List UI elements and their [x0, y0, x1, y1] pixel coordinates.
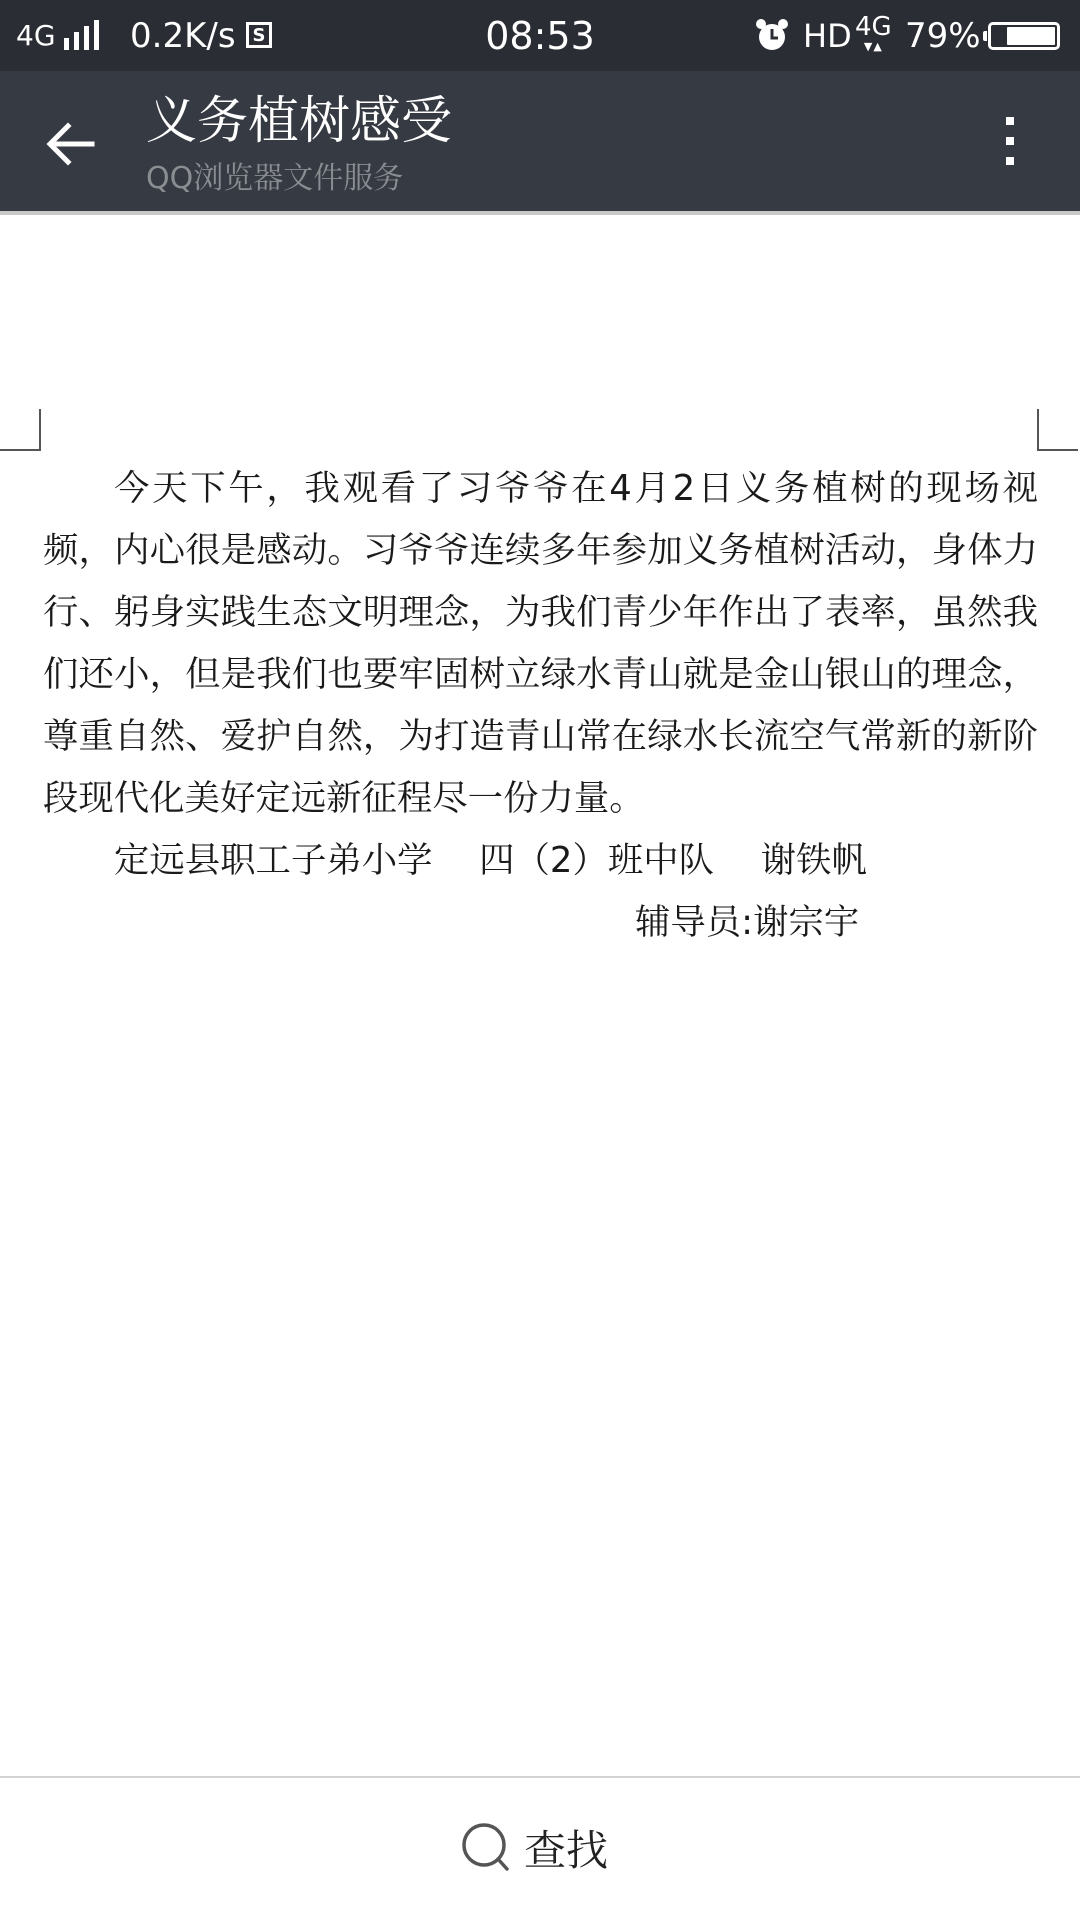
find-button[interactable]: 查找 — [460, 1808, 640, 1888]
battery-percent: 79% — [905, 0, 981, 71]
search-icon — [460, 1821, 514, 1875]
data-network-label: 4G — [855, 14, 892, 40]
page-corner-mark-right — [1037, 409, 1078, 451]
find-label: 查找 — [524, 1818, 608, 1878]
arrow-left-icon — [46, 122, 96, 166]
data-activity-icon: ▼▲ — [864, 40, 883, 54]
document-viewer[interactable]: 今天下午，我观看了习爷爷在4月2日义务植树的现场视频，内心很是感动。习爷爷连续多… — [0, 215, 1080, 1776]
data-network-icon: 4G ▼▲ — [855, 14, 892, 58]
back-button[interactable] — [38, 111, 104, 177]
battery-icon — [988, 22, 1060, 50]
author-signature: 定远县职工子弟小学 四（2）班中队 谢铁帆 — [114, 830, 867, 892]
status-bar: 4G 0.2K/s S 08:53 HD 4G ▼▲ 79% — [0, 0, 1080, 71]
page-title: 义务植树感受 — [146, 91, 452, 153]
more-options-button[interactable] — [985, 106, 1035, 176]
document-paragraph: 今天下午，我观看了习爷爷在4月2日义务植树的现场视频，内心很是感动。习爷爷连续多… — [43, 458, 1038, 830]
app-toolbar: 义务植树感受 QQ浏览器文件服务 — [0, 71, 1080, 211]
hd-voice-label: HD — [803, 0, 852, 71]
page-subtitle: QQ浏览器文件服务 — [146, 159, 403, 199]
page-corner-mark-left — [0, 409, 41, 451]
alarm-icon — [754, 17, 790, 53]
counselor-signature: 辅导员:谢宗宇 — [635, 892, 859, 954]
bottom-bar: 查找 — [0, 1776, 1080, 1920]
more-vertical-icon — [1006, 117, 1014, 125]
